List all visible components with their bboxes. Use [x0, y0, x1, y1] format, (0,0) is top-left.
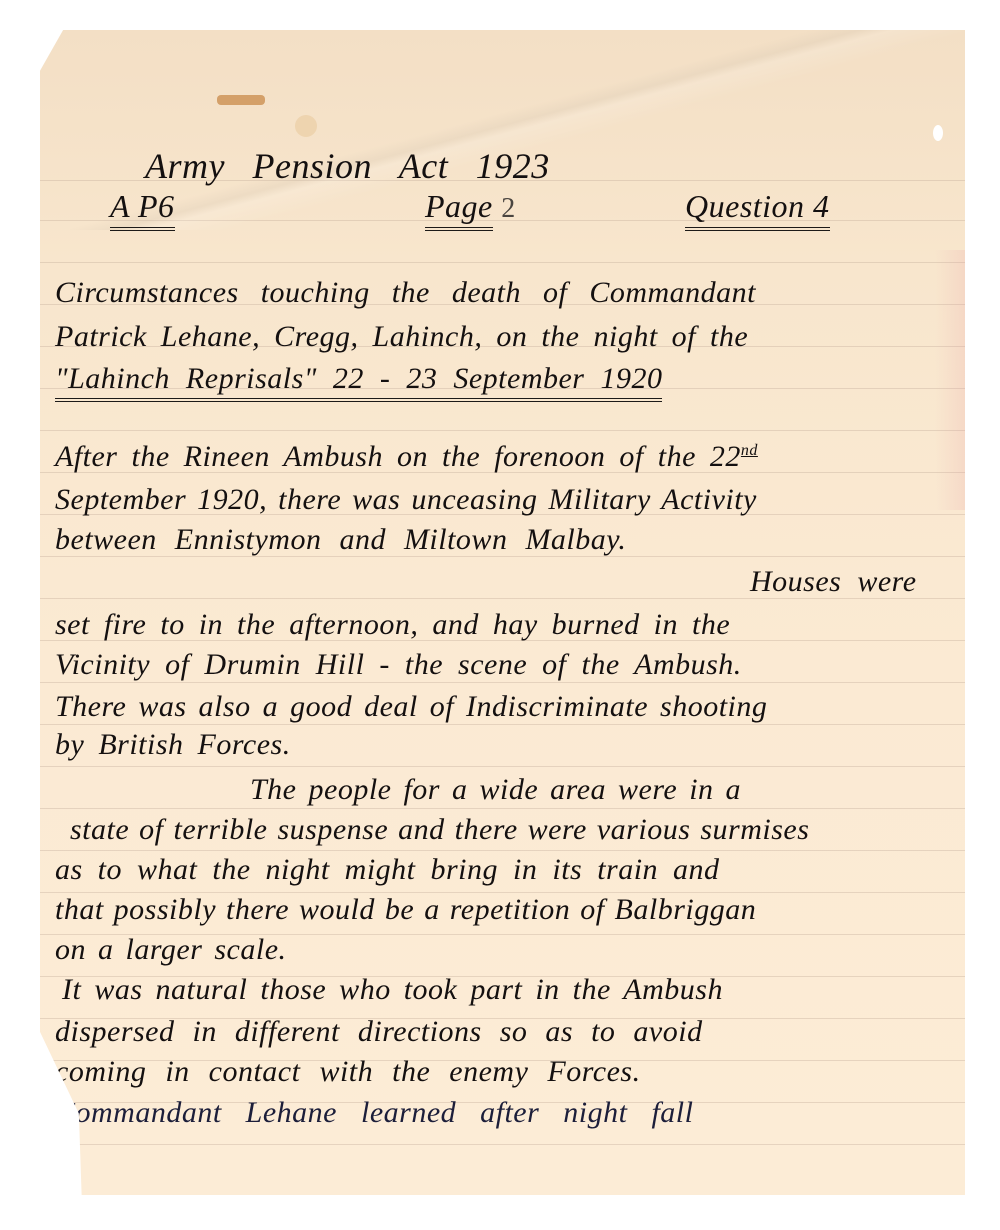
punch-hole — [933, 125, 943, 141]
page-label: Page — [425, 188, 493, 231]
para2-line-5: by British Forces. — [55, 730, 291, 760]
ruled-line — [40, 850, 965, 851]
para3-line-4: that possibly there would be a repetitio… — [55, 895, 756, 925]
para4-line-4: Commandant Lehane learned after night fa… — [55, 1098, 693, 1128]
page-number: 2 — [501, 193, 516, 224]
reference-code-text: A P6 — [110, 188, 175, 231]
ruled-line — [40, 262, 965, 263]
subject-line-3: "Lahinch Reprisals" 22 - 23 September 19… — [55, 364, 662, 394]
reference-code: A P6 — [110, 190, 175, 222]
para1-line-2: September 1920, there was unceasing Mili… — [55, 485, 757, 515]
ruled-line — [40, 430, 965, 431]
para2-line-1: Houses were — [750, 567, 917, 597]
question-indicator: Question 4 — [685, 190, 830, 222]
para4-line-1: It was natural those who took part in th… — [62, 975, 723, 1005]
ruled-line — [40, 556, 965, 557]
subject-line-2: Patrick Lehane, Cregg, Lahinch, on the n… — [55, 322, 748, 352]
ruled-line — [40, 808, 965, 809]
para3-line-1: The people for a wide area were in a — [250, 775, 741, 805]
para3-line-3: as to what the night might bring in its … — [55, 855, 720, 885]
ruled-line — [40, 682, 965, 683]
subject-line-3-text: "Lahinch Reprisals" 22 - 23 September 19… — [55, 362, 662, 402]
water-stain — [295, 115, 317, 137]
para2-line-4: There was also a good deal of Indiscrimi… — [55, 692, 767, 722]
ruled-line — [40, 598, 965, 599]
subject-line-1: Circumstances touching the death of Comm… — [55, 278, 756, 308]
para1-line-1-text: After the Rineen Ambush on the forenoon … — [55, 440, 741, 473]
question-label: Question 4 — [685, 188, 830, 231]
para1-line-1: After the Rineen Ambush on the forenoon … — [55, 442, 758, 472]
ruled-line — [40, 724, 965, 725]
rust-stain — [217, 95, 265, 105]
ruled-line — [40, 766, 965, 767]
ruled-line — [40, 1144, 965, 1145]
document-page: Army Pension Act 1923 A P6 Page 2 Questi… — [40, 30, 965, 1195]
para2-line-3: Vicinity of Drumin Hill - the scene of t… — [55, 650, 742, 680]
paper-crease — [70, 30, 965, 230]
para3-line-2: state of terrible suspense and there wer… — [70, 815, 809, 845]
page-indicator: Page 2 — [425, 190, 516, 223]
para4-line-2: dispersed in different directions so as … — [55, 1017, 703, 1047]
ordinal-suffix: nd — [741, 442, 758, 459]
para1-line-3: between Ennistymon and Miltown Malbay. — [55, 525, 626, 555]
document-title: Army Pension Act 1923 — [145, 148, 550, 184]
para4-line-3: coming in contact with the enemy Forces. — [55, 1057, 641, 1087]
para3-line-5: on a larger scale. — [55, 935, 287, 965]
red-margin-tint — [935, 250, 965, 510]
para2-line-2: set fire to in the afternoon, and hay bu… — [55, 610, 730, 640]
